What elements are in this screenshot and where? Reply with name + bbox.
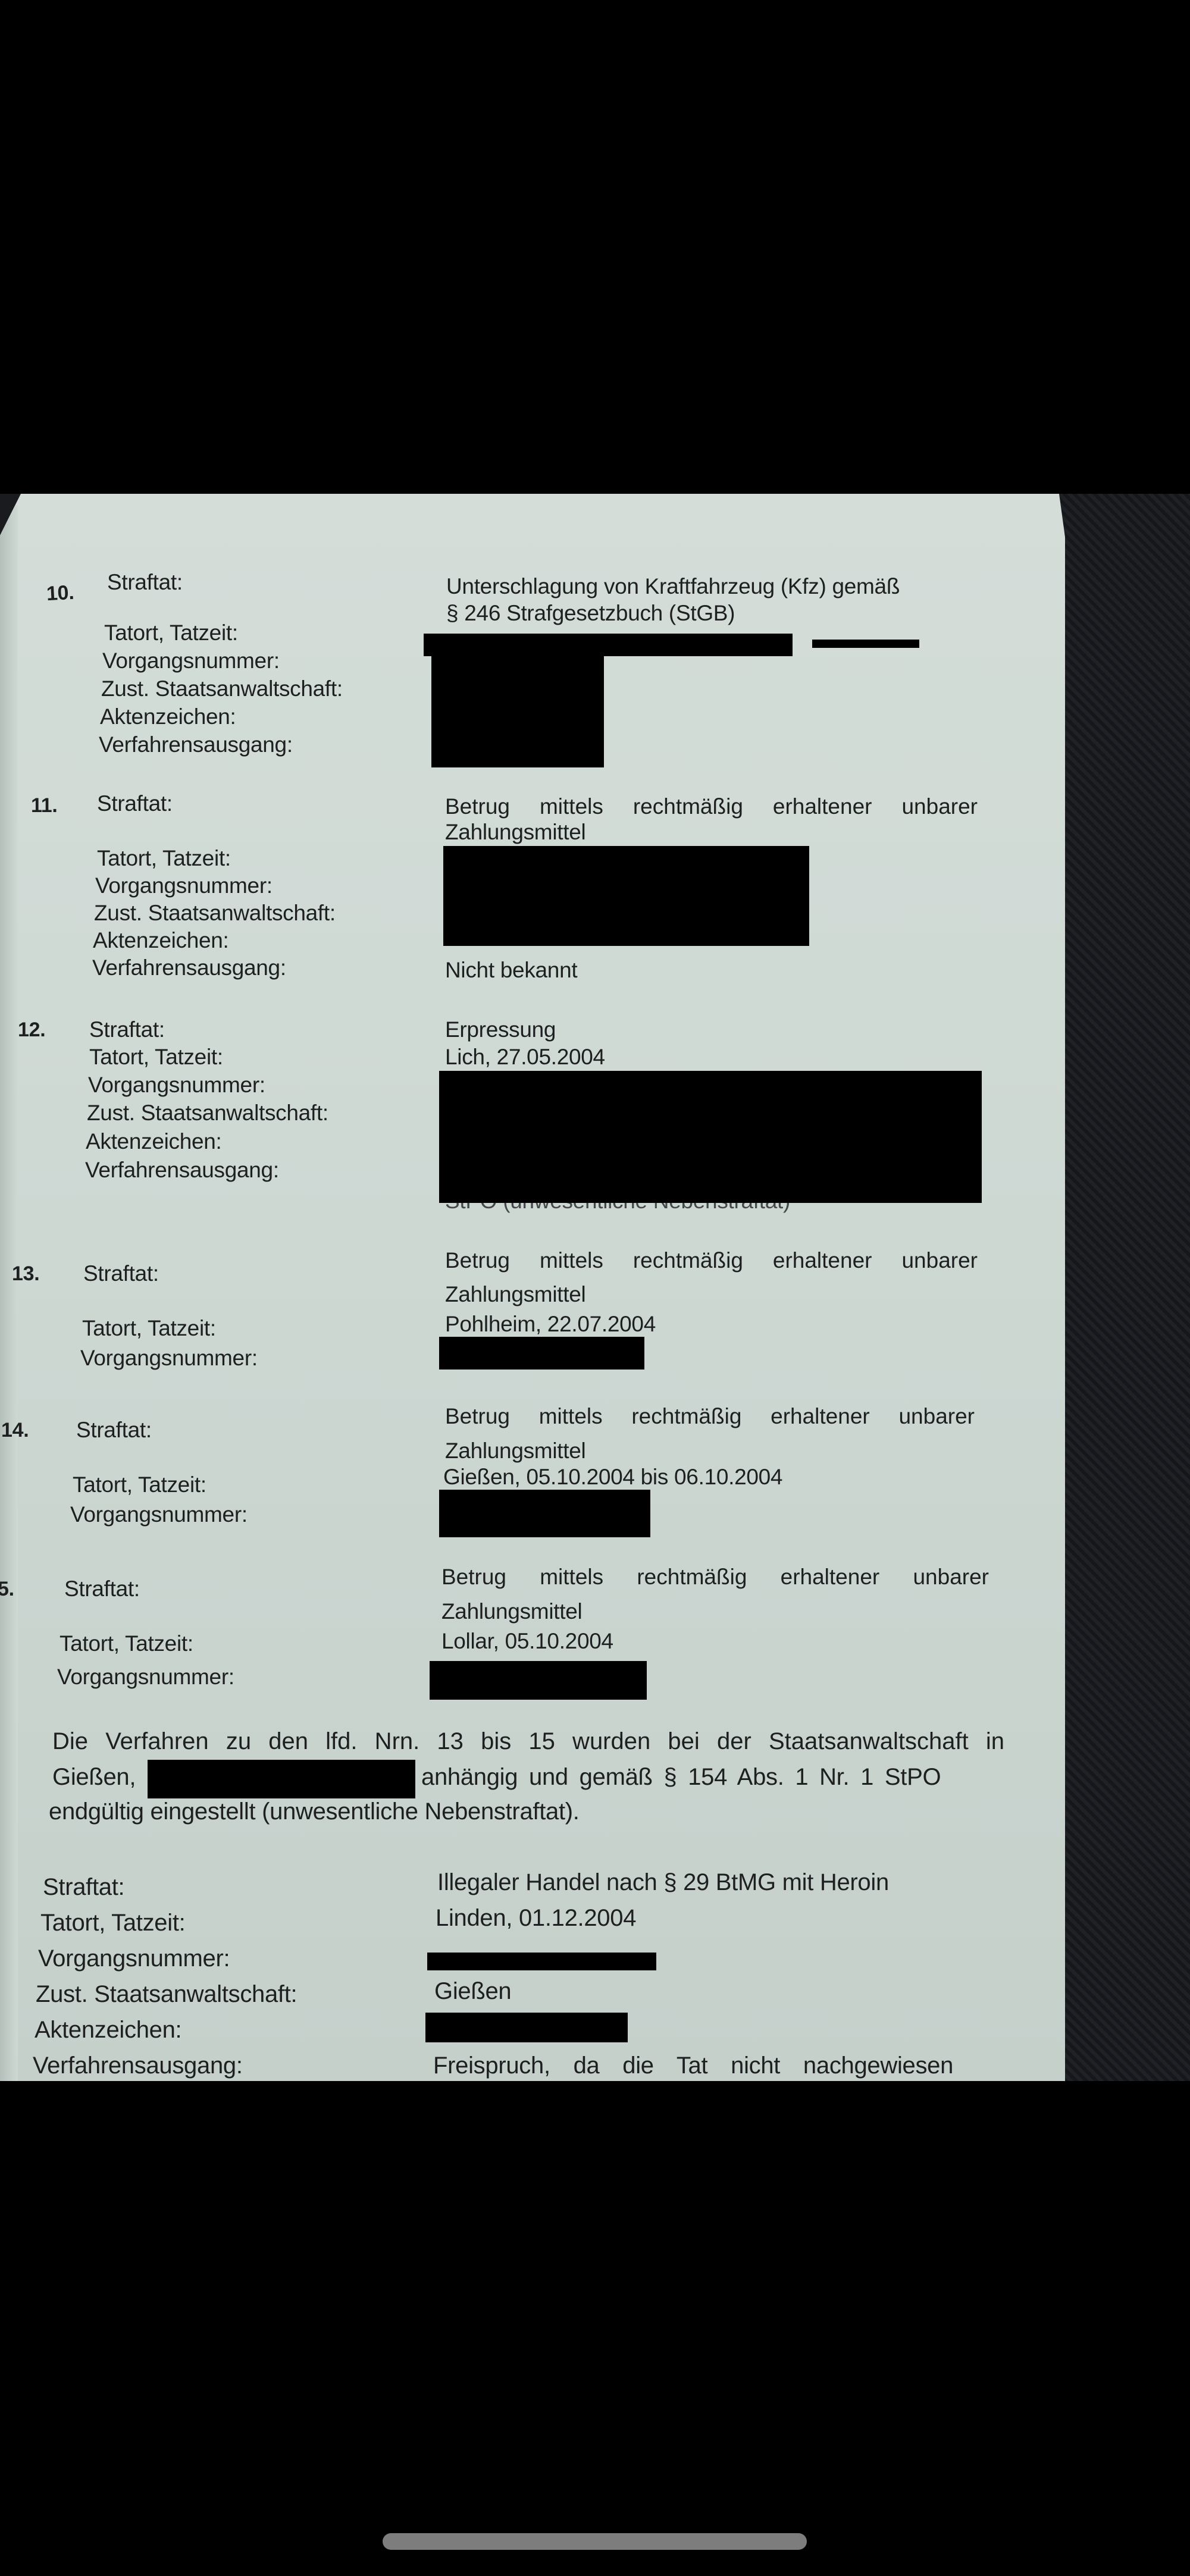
field-value: Lich, 27.05.2004 (445, 1045, 605, 1070)
field-value: Nicht bekannt (445, 958, 577, 983)
redaction-bar (439, 1071, 982, 1203)
field-label: Vorgangsnummer: (57, 1665, 234, 1690)
field-label: Vorgangsnummer: (88, 1073, 265, 1098)
entry-number: 5. (0, 1578, 14, 1601)
field-value: Betrug mittels rechtmäßig erhaltener unb… (445, 1248, 978, 1273)
field-label: Aktenzeichen: (100, 704, 236, 729)
field-label: Straftat: (64, 1577, 140, 1602)
field-label: Aktenzeichen: (35, 2017, 181, 2044)
entry-number: 14. (1, 1419, 29, 1442)
field-label: Zust. Staatsanwaltschaft: (87, 1101, 328, 1126)
field-value: Lollar, 05.10.2004 (441, 1629, 613, 1654)
field-label: Straftat: (89, 1017, 165, 1042)
field-value: Zahlungsmittel (445, 820, 585, 845)
paragraph-line: Die Verfahren zu den lfd. Nrn. 13 bis 15… (52, 1728, 1004, 1755)
field-value: Zahlungsmittel (445, 1282, 585, 1307)
entry-number: 12. (18, 1019, 45, 1042)
field-value: Illegaler Handel nach § 29 BtMG mit Hero… (437, 1869, 889, 1896)
field-value: Gießen, 05.10.2004 bis 06.10.2004 (443, 1465, 782, 1490)
field-label: Tatort, Tatzeit: (82, 1316, 216, 1341)
field-label: Verfahrensausgang: (92, 955, 286, 980)
field-label: Tatort, Tatzeit: (40, 1910, 185, 1936)
redaction-bar (431, 654, 604, 767)
field-label: Verfahrensausgang: (85, 1158, 279, 1183)
field-label: Aktenzeichen: (93, 928, 229, 953)
field-value: Zahlungsmittel (445, 1439, 585, 1464)
field-label: Tatort, Tatzeit: (59, 1631, 193, 1656)
field-value: Pohlheim, 22.07.2004 (445, 1312, 656, 1337)
paragraph-line: anhängig und gemäß § 154 Abs. 1 Nr. 1 St… (421, 1764, 941, 1791)
field-label: Verfahrensausgang: (99, 732, 293, 757)
field-label: Tatort, Tatzeit: (97, 846, 231, 871)
field-label: Vorgangsnummer: (70, 1502, 248, 1527)
field-label: Straftat: (76, 1418, 152, 1443)
field-label: Vorgangsnummer: (102, 648, 280, 673)
document-photo: 10. Straftat: Unterschlagung von Kraftfa… (0, 494, 1190, 2081)
redaction-bar (439, 1337, 644, 1370)
field-label: Straftat: (43, 1874, 124, 1901)
field-label: Straftat: (83, 1261, 159, 1286)
field-label: Vorgangsnummer: (80, 1346, 258, 1371)
field-label: Vorgangsnummer: (95, 873, 273, 898)
field-label: Tatort, Tatzeit: (104, 621, 238, 645)
redaction-bar (148, 1760, 415, 1798)
document-sheet: 10. Straftat: Unterschlagung von Kraftfa… (0, 494, 1065, 2081)
redaction-bar (430, 1661, 647, 1700)
home-indicator[interactable] (383, 2533, 807, 2550)
previous-page-edge (0, 506, 18, 2081)
field-label: Tatort, Tatzeit: (73, 1472, 206, 1497)
field-value: Betrug mittels rechtmäßig erhaltener unb… (445, 1404, 975, 1429)
field-value: Linden, 01.12.2004 (436, 1905, 636, 1932)
field-label: Aktenzeichen: (86, 1129, 222, 1154)
field-value: § 246 Strafgesetzbuch (StGB) (446, 601, 735, 626)
field-value: Freispruch, da die Tat nicht nachgewiese… (433, 2052, 953, 2079)
field-label: Zust. Staatsanwaltschaft: (36, 1981, 297, 2008)
redaction-bar (439, 1490, 650, 1537)
redaction-bar (812, 640, 919, 648)
field-label: Zust. Staatsanwaltschaft: (101, 676, 343, 701)
field-label: Straftat: (107, 570, 183, 595)
entry-number: 11. (31, 794, 58, 817)
field-label: Straftat: (97, 791, 173, 816)
field-value: Betrug mittels rechtmäßig erhaltener unb… (445, 794, 978, 819)
redaction-bar (424, 634, 793, 656)
field-label: Tatort, Tatzeit: (89, 1045, 223, 1070)
field-label: Verfahrensausgang: (33, 2052, 243, 2079)
paragraph-line: Gießen, (52, 1764, 136, 1791)
field-label: Zust. Staatsanwaltschaft: (94, 901, 336, 926)
paragraph-line: endgültig eingestellt (unwesentliche Neb… (49, 1798, 580, 1825)
field-value: Zahlungsmittel (441, 1599, 582, 1624)
redaction-bar (425, 2013, 628, 2042)
entry-number: 13. (12, 1262, 39, 1286)
field-value: Erpressung (445, 1017, 556, 1042)
field-value: Gießen (434, 1978, 511, 2005)
redaction-bar (427, 1953, 656, 1970)
field-label: Vorgangsnummer: (38, 1945, 230, 1972)
entry-number: 10. (46, 581, 74, 606)
field-value: Unterschlagung von Kraftfahrzeug (Kfz) g… (446, 574, 900, 599)
redaction-bar (443, 846, 809, 946)
field-value: Betrug mittels rechtmäßig erhaltener unb… (441, 1565, 989, 1590)
